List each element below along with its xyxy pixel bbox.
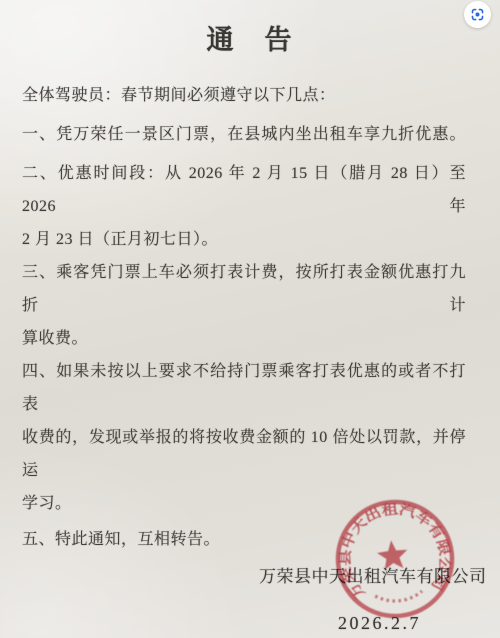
company-seal: 万荣县中天出租汽车有限公司 <box>315 479 475 638</box>
seal-star-icon <box>376 539 409 571</box>
notice-title: 通 告 <box>0 18 500 57</box>
notice-line-greeting: 全体驾驶员：春节期间必须遵守以下几点： <box>22 79 466 112</box>
notice-line-item3-a: 三、乘客凭门票上车必须打表计费，按所打表金额优惠打九折计 <box>22 256 466 322</box>
notice-line-item4-a: 四、如果未按以上要求不给持门票乘客打表优惠的或者不打表 <box>22 355 466 421</box>
image-search-icon <box>470 7 485 22</box>
notice-line-item2-a: 二、优惠时间段：从 2026 年 2 月 15 日（腊月 28 日）至 2026… <box>22 157 466 223</box>
notice-line-item3-b: 算收费。 <box>22 322 466 355</box>
notice-paper: 通 告 全体驾驶员：春节期间必须遵守以下几点： 一、凭万荣任一景区门票，在县城内… <box>0 0 500 638</box>
notice-line-item2-b: 2 月 23 日（正月初七日）。 <box>22 223 466 256</box>
image-search-button[interactable] <box>464 1 491 28</box>
seal-code-marks <box>375 591 422 603</box>
notice-line-item4-b: 收费的，发现或举报的将按收费金额的 10 倍处以罚款，并停运 <box>22 421 466 487</box>
notice-line-item1: 一、凭万荣任一景区门票，在县城内坐出租车享九折优惠。 <box>22 118 466 151</box>
